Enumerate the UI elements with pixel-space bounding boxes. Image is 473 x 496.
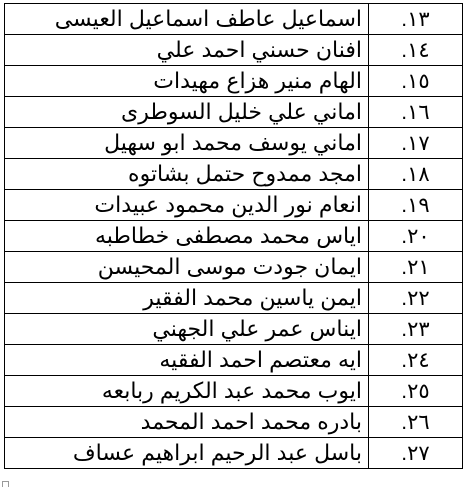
- table-row: ١٤. افنان حسني احمد علي: [5, 35, 463, 66]
- student-name-cell: افنان حسني احمد علي: [5, 35, 369, 66]
- student-name-cell: اسماعيل عاطف اسماعيل العيسى: [5, 4, 369, 35]
- row-number-cell: ٢٧.: [369, 438, 463, 469]
- names-table: ١٣. اسماعيل عاطف اسماعيل العيسى ١٤. افنا…: [4, 3, 463, 469]
- table-row: ٢٧. باسل عبد الرحيم ابراهيم عساف: [5, 438, 463, 469]
- table-row: ٢٥. ايوب محمد عبد الكريم ربابعه: [5, 376, 463, 407]
- student-name-cell: امجد ممدوح حتمل بشاتوه: [5, 159, 369, 190]
- row-number: ٢٧.: [401, 441, 429, 466]
- table-row: ١٥. الهام منير هزاع مهيدات: [5, 66, 463, 97]
- row-number-cell: ١٥.: [369, 66, 463, 97]
- table-row: ١٩. انعام نور الدين محمود عبيدات: [5, 190, 463, 221]
- row-number-cell: ١٣.: [369, 4, 463, 35]
- row-number-cell: ١٩.: [369, 190, 463, 221]
- row-number-cell: ١٨.: [369, 159, 463, 190]
- row-number: ١٦.: [401, 100, 429, 125]
- table-row: ١٨. امجد ممدوح حتمل بشاتوه: [5, 159, 463, 190]
- row-number: ١٤.: [401, 38, 429, 63]
- student-name-cell: ايناس عمر علي الجهني: [5, 314, 369, 345]
- student-name-cell: بادره محمد احمد المحمد: [5, 407, 369, 438]
- student-name-cell: ايه معتصم احمد الفقيه: [5, 345, 369, 376]
- table-row: ٢٣. ايناس عمر علي الجهني: [5, 314, 463, 345]
- document-page: ١٣. اسماعيل عاطف اسماعيل العيسى ١٤. افنا…: [4, 3, 463, 469]
- student-name-cell: ايوب محمد عبد الكريم ربابعه: [5, 376, 369, 407]
- row-number: ١٥.: [401, 69, 429, 94]
- student-name-cell: اياس محمد مصطفى خطاطبه: [5, 221, 369, 252]
- table-row: ٢٢. ايمن ياسين محمد الفقير: [5, 283, 463, 314]
- row-number: ٢٤.: [401, 348, 429, 373]
- row-number: ٢٣.: [401, 317, 429, 342]
- row-number-cell: ٢٠.: [369, 221, 463, 252]
- student-name-cell: باسل عبد الرحيم ابراهيم عساف: [5, 438, 369, 469]
- row-number: ٢٠.: [401, 224, 429, 249]
- student-name-cell: اماني يوسف محمد ابو سهيل: [5, 128, 369, 159]
- table-row: ٢٤. ايه معتصم احمد الفقيه: [5, 345, 463, 376]
- row-number-cell: ٢٢.: [369, 283, 463, 314]
- table-row: ٢٠. اياس محمد مصطفى خطاطبه: [5, 221, 463, 252]
- row-number-cell: ٢٣.: [369, 314, 463, 345]
- row-number-cell: ٢٥.: [369, 376, 463, 407]
- table-row: ٢٦. بادره محمد احمد المحمد: [5, 407, 463, 438]
- table-row: ٢١. ايمان جودت موسى المحيسن: [5, 252, 463, 283]
- row-number-cell: ٢٦.: [369, 407, 463, 438]
- row-number-cell: ٢٤.: [369, 345, 463, 376]
- student-name-cell: اماني علي خليل السوطرى: [5, 97, 369, 128]
- row-number: ٢٥.: [401, 379, 429, 404]
- paragraph-end-mark-icon: [2, 481, 9, 487]
- student-name-cell: الهام منير هزاع مهيدات: [5, 66, 369, 97]
- row-number: ١٣.: [401, 7, 429, 32]
- row-number-cell: ١٤.: [369, 35, 463, 66]
- row-number: ٢٦.: [401, 410, 429, 435]
- table-row: ١٧. اماني يوسف محمد ابو سهيل: [5, 128, 463, 159]
- row-number: ٢١.: [401, 255, 429, 280]
- student-name-cell: ايمن ياسين محمد الفقير: [5, 283, 369, 314]
- student-name-cell: ايمان جودت موسى المحيسن: [5, 252, 369, 283]
- row-number: ١٨.: [401, 162, 429, 187]
- row-number-cell: ٢١.: [369, 252, 463, 283]
- row-number: ١٩.: [401, 193, 429, 218]
- row-number-cell: ١٧.: [369, 128, 463, 159]
- table-row: ١٣. اسماعيل عاطف اسماعيل العيسى: [5, 4, 463, 35]
- row-number: ١٧.: [401, 131, 429, 156]
- row-number: ٢٢.: [401, 286, 429, 311]
- table-row: ١٦. اماني علي خليل السوطرى: [5, 97, 463, 128]
- student-name-cell: انعام نور الدين محمود عبيدات: [5, 190, 369, 221]
- row-number-cell: ١٦.: [369, 97, 463, 128]
